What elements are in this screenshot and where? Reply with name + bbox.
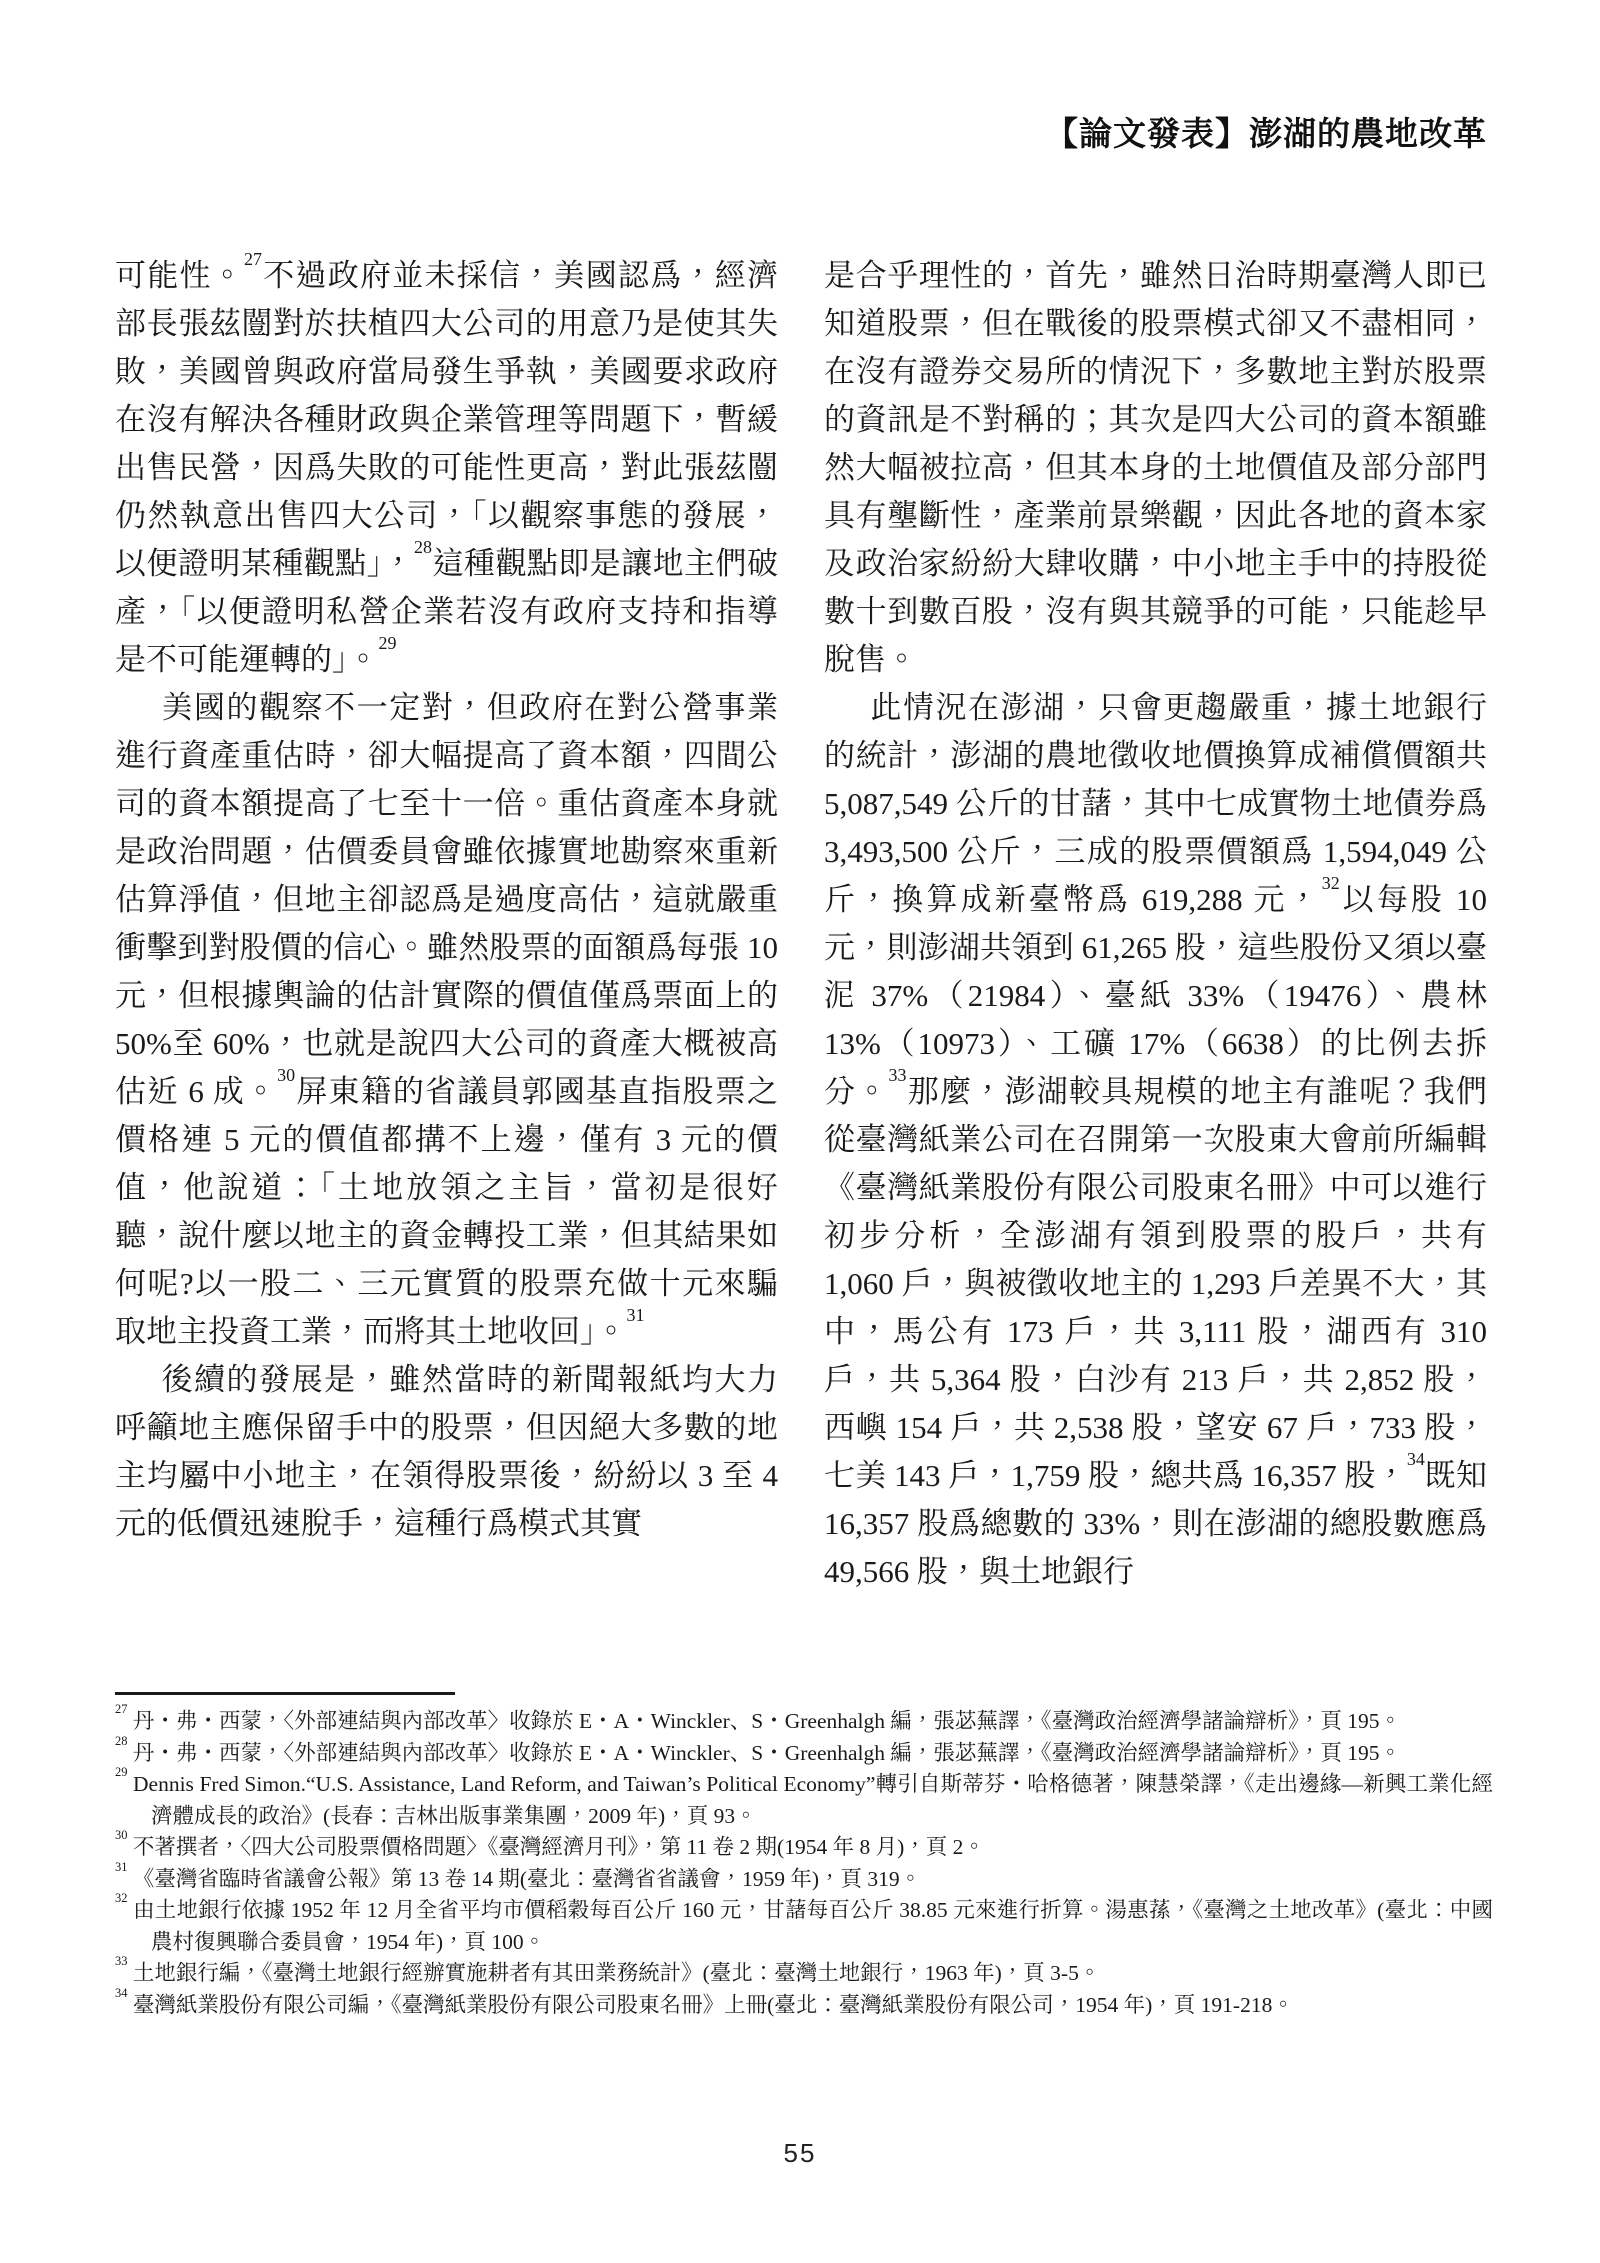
paper-page: 【論文發表】澎湖的農地改革 可能性。27不過政府並未採信，美國認爲，經濟部長張茲… [0,0,1600,2263]
body-text: 可能性。27不過政府並未採信，美國認爲，經濟部長張茲闓對於扶植四大公司的用意乃是… [115,252,1487,1596]
footnote: 27 丹・弗・西蒙，〈外部連結與內部改革〉收錄於 E・A・Winckler、S・… [115,1706,1493,1738]
paragraph: 後續的發展是，雖然當時的新聞報紙均大力呼籲地主應保留手中的股票，但因絕大多數的地… [115,1356,778,1548]
footnote-number: 27 [115,1702,127,1716]
footnote-ref: 34 [1407,1449,1425,1469]
footnote-ref: 31 [627,1305,645,1325]
left-column: 可能性。27不過政府並未採信，美國認爲，經濟部長張茲闓對於扶植四大公司的用意乃是… [115,252,778,1596]
footnote: 34 臺灣紙業股份有限公司編，《臺灣紙業股份有限公司股東名冊》上冊(臺北：臺灣紙… [115,1990,1493,2022]
footnote: 31 《臺灣省臨時省議會公報》第 13 卷 14 期(臺北：臺灣省省議會，195… [115,1864,1493,1896]
footnote-number: 30 [115,1828,127,1842]
footnote-number: 31 [115,1860,127,1874]
footnote-number: 29 [115,1765,127,1779]
footnote-ref: 27 [244,249,262,269]
paragraph: 可能性。27不過政府並未採信，美國認爲，經濟部長張茲闓對於扶植四大公司的用意乃是… [115,252,778,684]
paragraph: 是合乎理性的，首先，雖然日治時期臺灣人即已知道股票，但在戰後的股票模式卻又不盡相… [824,252,1487,684]
footnote-ref: 32 [1322,873,1340,893]
page-number: 55 [0,2138,1600,2169]
footnote: 33 土地銀行編，《臺灣土地銀行經辦實施耕者有其田業務統計》(臺北：臺灣土地銀行… [115,1958,1493,1990]
footnotes: 27 丹・弗・西蒙，〈外部連結與內部改革〉收錄於 E・A・Winckler、S・… [115,1706,1493,2021]
footnote-ref: 30 [277,1065,295,1085]
footnote-ref: 29 [379,633,397,653]
footnote-number: 32 [115,1891,127,1905]
footnote: 28 丹・弗・西蒙，〈外部連結與內部改革〉收錄於 E・A・Winckler、S・… [115,1738,1493,1770]
paragraph: 美國的觀察不一定對，但政府在對公營事業進行資產重估時，卻大幅提高了資本額，四間公… [115,684,778,1356]
footnote: 32 由土地銀行依據 1952 年 12 月全省平均市價稻穀每百公斤 160 元… [115,1895,1493,1958]
footnote: 30 不著撰者，〈四大公司股票價格問題〉《臺灣經濟月刊》，第 11 卷 2 期(… [115,1832,1493,1864]
right-column: 是合乎理性的，首先，雖然日治時期臺灣人即已知道股票，但在戰後的股票模式卻又不盡相… [824,252,1487,1596]
footnote-ref: 33 [889,1065,907,1085]
running-header: 【論文發表】澎湖的農地改革 [0,108,1487,155]
footnote-ref: 28 [414,537,432,557]
footnote-number: 28 [115,1734,127,1748]
footnote: 29 Dennis Fred Simon.“U.S. Assistance, L… [115,1769,1493,1832]
footnote-separator [115,1692,455,1695]
footnote-number: 34 [115,1986,127,2000]
paragraph: 此情況在澎湖，只會更趨嚴重，據土地銀行的統計，澎湖的農地徵收地價換算成補償價額共… [824,684,1487,1596]
footnote-number: 33 [115,1954,127,1968]
